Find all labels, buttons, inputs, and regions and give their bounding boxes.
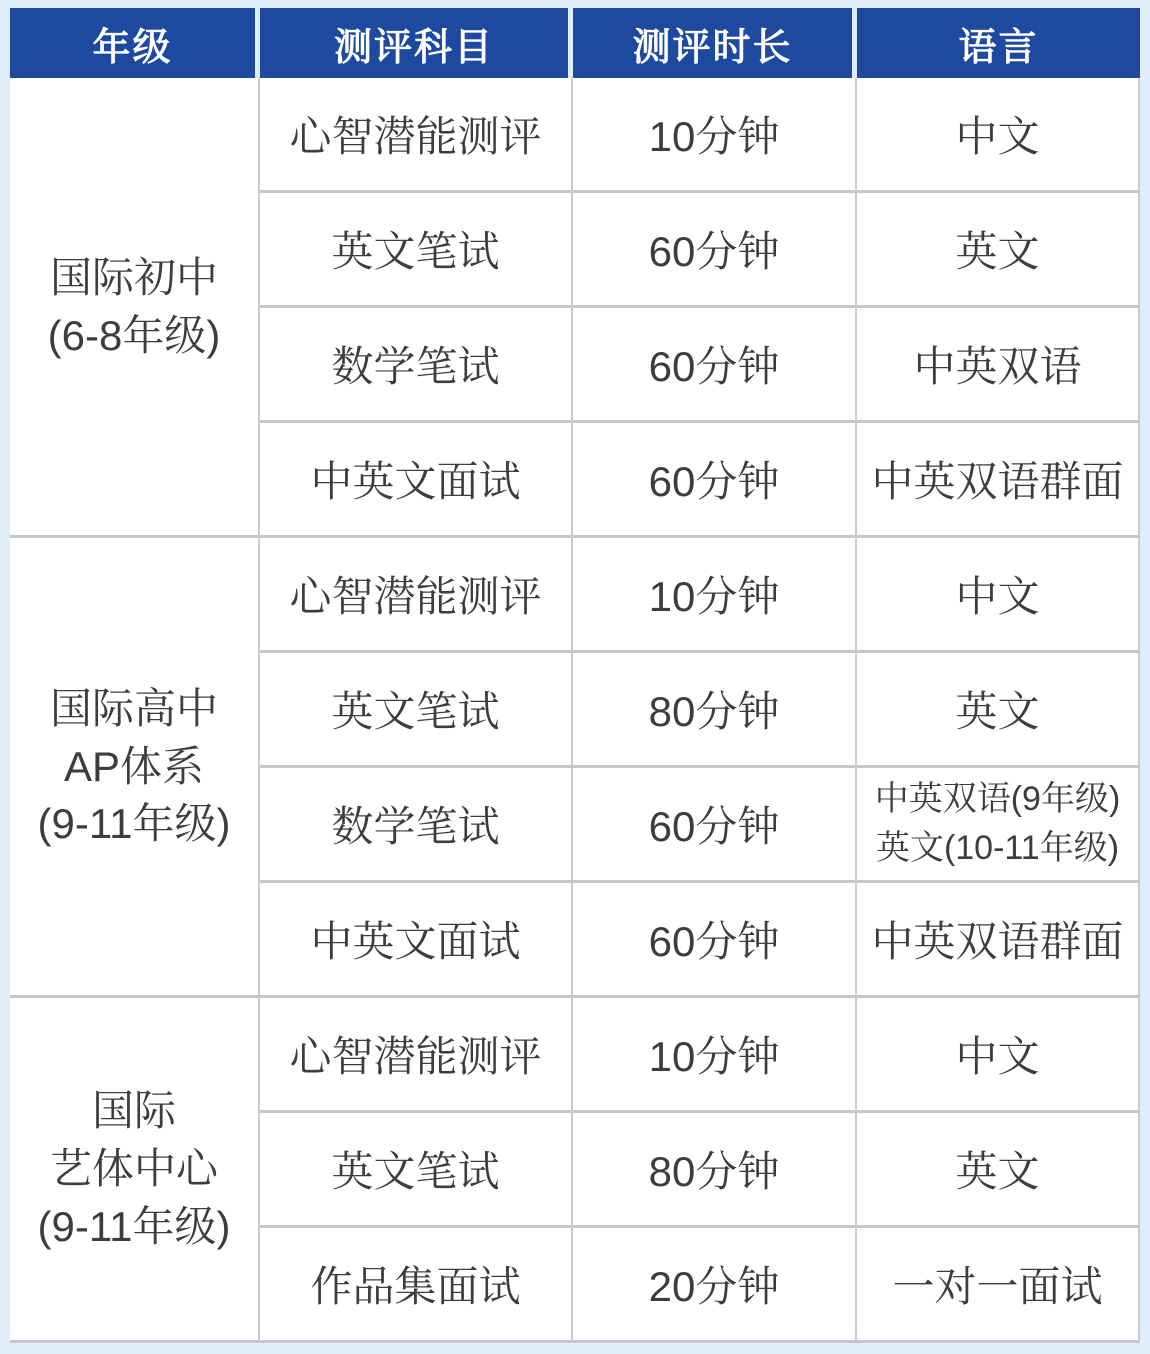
header-subject: 测评科目: [260, 8, 573, 78]
grade-line: 艺体中心: [10, 1140, 258, 1198]
language-cell: 英文: [857, 193, 1140, 308]
table-row: 国际初中 (6-8年级) 心智潜能测评 10分钟 中文: [10, 78, 1140, 193]
header-language: 语言: [857, 8, 1140, 78]
assessment-table: 年级 测评科目 测评时长 语言 国际初中 (6-8年级) 心智潜能测评 10分钟…: [10, 8, 1140, 1343]
duration-cell: 10分钟: [573, 538, 857, 653]
language-cell: 中英双语群面: [857, 423, 1140, 538]
language-cell: 英文: [857, 1113, 1140, 1228]
grade-line: (9-11年级): [10, 1198, 258, 1256]
language-cell: 中英双语(9年级) 英文(10-11年级): [857, 768, 1140, 883]
duration-cell: 20分钟: [573, 1228, 857, 1343]
grade-group-cell: 国际 艺体中心 (9-11年级): [10, 998, 260, 1343]
grade-line: AP体系: [10, 738, 258, 796]
grade-line: 国际高中: [10, 680, 258, 738]
duration-cell: 60分钟: [573, 883, 857, 998]
language-cell: 中文: [857, 78, 1140, 193]
language-cell: 中英双语: [857, 308, 1140, 423]
duration-cell: 10分钟: [573, 78, 857, 193]
table-row: 国际 艺体中心 (9-11年级) 心智潜能测评 10分钟 中文: [10, 998, 1140, 1113]
subject-cell: 心智潜能测评: [260, 538, 573, 653]
duration-cell: 10分钟: [573, 998, 857, 1113]
subject-cell: 心智潜能测评: [260, 78, 573, 193]
duration-cell: 80分钟: [573, 653, 857, 768]
subject-cell: 数学笔试: [260, 308, 573, 423]
subject-cell: 中英文面试: [260, 883, 573, 998]
language-cell: 中文: [857, 538, 1140, 653]
subject-cell: 英文笔试: [260, 653, 573, 768]
grade-line: (9-11年级): [10, 795, 258, 853]
subject-cell: 中英文面试: [260, 423, 573, 538]
grade-line: 国际初中: [10, 249, 258, 307]
language-cell: 英文: [857, 653, 1140, 768]
language-cell: 中英双语群面: [857, 883, 1140, 998]
subject-cell: 英文笔试: [260, 193, 573, 308]
grade-group-cell: 国际高中 AP体系 (9-11年级): [10, 538, 260, 998]
grade-line: 国际: [10, 1082, 258, 1140]
header-grade: 年级: [10, 8, 260, 78]
duration-cell: 60分钟: [573, 768, 857, 883]
assessment-table-container: 年级 测评科目 测评时长 语言 国际初中 (6-8年级) 心智潜能测评 10分钟…: [10, 8, 1140, 1343]
duration-cell: 60分钟: [573, 308, 857, 423]
duration-cell: 60分钟: [573, 423, 857, 538]
language-cell: 一对一面试: [857, 1228, 1140, 1343]
subject-cell: 作品集面试: [260, 1228, 573, 1343]
header-duration: 测评时长: [573, 8, 857, 78]
language-cell: 中文: [857, 998, 1140, 1113]
language-line: 英文(10-11年级): [857, 824, 1138, 873]
grade-group-cell: 国际初中 (6-8年级): [10, 78, 260, 538]
language-line: 中英双语(9年级): [857, 775, 1138, 824]
subject-cell: 数学笔试: [260, 768, 573, 883]
table-row: 国际高中 AP体系 (9-11年级) 心智潜能测评 10分钟 中文: [10, 538, 1140, 653]
subject-cell: 心智潜能测评: [260, 998, 573, 1113]
duration-cell: 80分钟: [573, 1113, 857, 1228]
duration-cell: 60分钟: [573, 193, 857, 308]
subject-cell: 英文笔试: [260, 1113, 573, 1228]
grade-line: (6-8年级): [10, 307, 258, 365]
header-row: 年级 测评科目 测评时长 语言: [10, 8, 1140, 78]
